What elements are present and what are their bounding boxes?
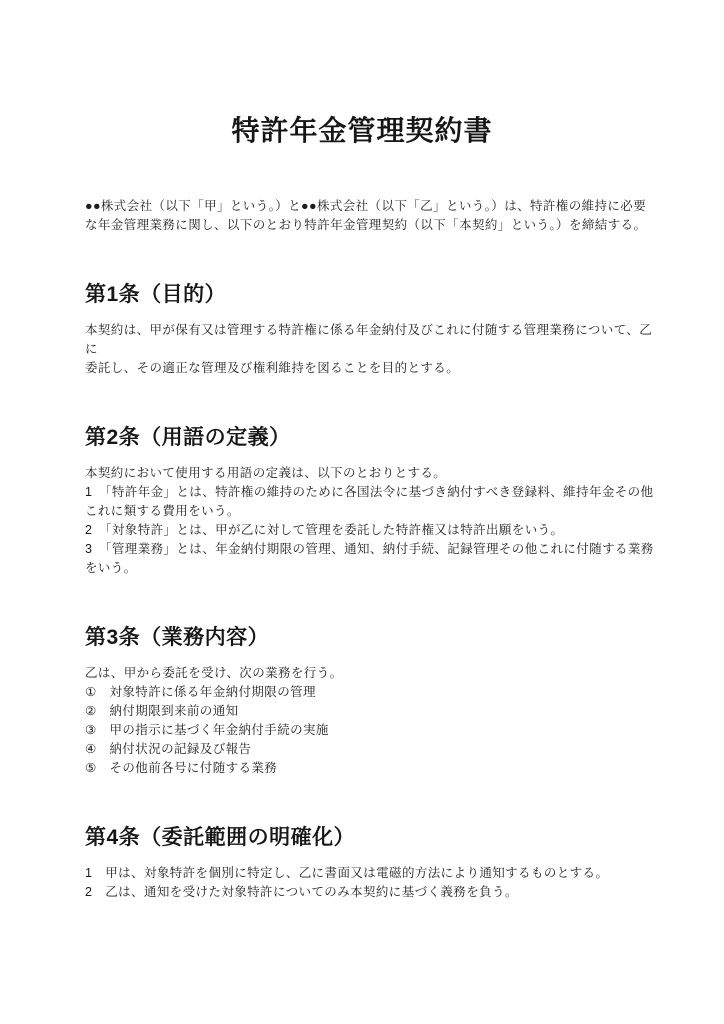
circled-list-item: ④ 納付状況の記録及び報告 bbox=[85, 740, 658, 759]
article-2-definitions: 第2条（用語の定義） 本契約において使用する用語の定義は、以下のとおりとする。 … bbox=[85, 424, 658, 578]
article-body-line: 乙は、甲から委託を受け、次の業務を行う。 bbox=[85, 664, 658, 683]
article-body-line: 本契約において使用する用語の定義は、以下のとおりとする。 bbox=[85, 464, 658, 483]
numbered-clause-line: 1 甲は、対象特許を個別に特定し、乙に書面又は電磁的方法により通知するものとする… bbox=[85, 864, 658, 883]
intro-paragraph: ●●株式会社（以下「甲」という。）と●●株式会社（以下「乙」という。）は、特許権… bbox=[85, 197, 658, 235]
article-2-body: 本契約において使用する用語の定義は、以下のとおりとする。 1 「特許年金」とは、… bbox=[85, 464, 658, 578]
article-body-line: 本契約は、甲が保有又は管理する特許権に係る年金納付及びこれに付随する管理業務につ… bbox=[85, 321, 658, 359]
article-2-heading: 第2条（用語の定義） bbox=[85, 424, 658, 452]
numbered-clause-line: 1 「特許年金」とは、特許権の維持のために各国法令に基づき納付すべき登録料、維持… bbox=[85, 483, 658, 502]
numbered-clause-line: 2 「対象特許」とは、甲が乙に対して管理を委託した特許権又は特許出願をいう。 bbox=[85, 521, 658, 540]
circled-list-item: ① 対象特許に係る年金納付期限の管理 bbox=[85, 683, 658, 702]
article-4-heading: 第4条（委託範囲の明確化） bbox=[85, 824, 658, 852]
article-4-body: 1 甲は、対象特許を個別に特定し、乙に書面又は電磁的方法により通知するものとする… bbox=[85, 864, 658, 902]
circled-list-item: ③ 甲の指示に基づく年金納付手続の実施 bbox=[85, 721, 658, 740]
intro-line: ●●株式会社（以下「甲」という。）と●●株式会社（以下「乙」という。）は、特許権… bbox=[85, 197, 658, 216]
article-1-body: 本契約は、甲が保有又は管理する特許権に係る年金納付及びこれに付随する管理業務につ… bbox=[85, 321, 658, 378]
clause-continuation-line: これに類する費用をいう。 bbox=[85, 502, 658, 521]
circled-list-item: ② 納付期限到来前の通知 bbox=[85, 702, 658, 721]
article-3-heading: 第3条（業務内容） bbox=[85, 624, 658, 652]
numbered-clause-line: 2 乙は、通知を受けた対象特許についてのみ本契約に基づく義務を負う。 bbox=[85, 883, 658, 902]
document-body: ●●株式会社（以下「甲」という。）と●●株式会社（以下「乙」という。）は、特許権… bbox=[85, 197, 658, 902]
circled-list-item: ⑤ その他前各号に付随する業務 bbox=[85, 759, 658, 778]
article-4-scope: 第4条（委託範囲の明確化） 1 甲は、対象特許を個別に特定し、乙に書面又は電磁的… bbox=[85, 824, 658, 902]
article-3-body: 乙は、甲から委託を受け、次の業務を行う。 ① 対象特許に係る年金納付期限の管理 … bbox=[85, 664, 658, 778]
article-1-heading: 第1条（目的） bbox=[85, 281, 658, 309]
numbered-clause-line: 3 「管理業務」とは、年金納付期限の管理、通知、納付手続、記録管理その他これに付… bbox=[85, 540, 658, 559]
clause-continuation-line: をいう。 bbox=[85, 559, 658, 578]
contract-document-page: 特許年金管理契約書 ●●株式会社（以下「甲」という。）と●●株式会社（以下「乙」… bbox=[0, 0, 724, 1024]
document-title: 特許年金管理契約書 bbox=[0, 0, 724, 150]
article-body-line: 委託し、その適正な管理及び権利維持を図ることを目的とする。 bbox=[85, 359, 658, 378]
article-3-services: 第3条（業務内容） 乙は、甲から委託を受け、次の業務を行う。 ① 対象特許に係る… bbox=[85, 624, 658, 778]
intro-line: な年金管理業務に関し、以下のとおり特許年金管理契約（以下「本契約」という。）を締… bbox=[85, 216, 658, 235]
article-1-purpose: 第1条（目的） 本契約は、甲が保有又は管理する特許権に係る年金納付及びこれに付随… bbox=[85, 281, 658, 378]
